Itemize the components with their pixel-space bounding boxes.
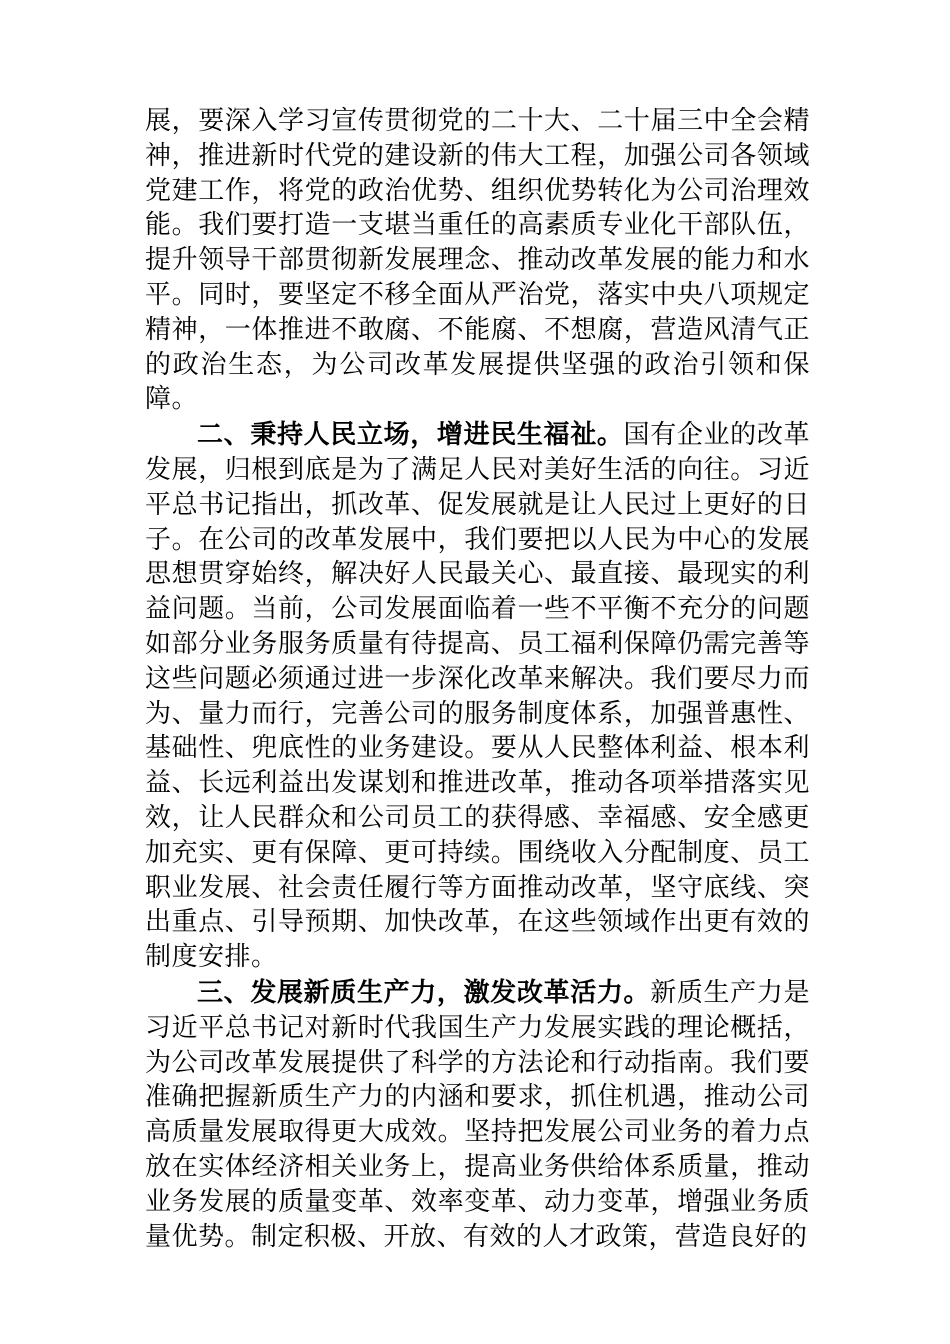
paragraph-text: 展，要深入学习宣传贯彻党的二十大、二十届三中全会精神，推进新时代党的建设新的伟大… [145, 106, 810, 413]
paragraph-section-3: 三、发展新质生产力，激发改革活力。新质生产力是习近平总书记对新时代我国生产力发展… [145, 975, 810, 1254]
paragraph-section-2: 二、秉持人民立场，增进民生福祉。国有企业的改革发展，归根到底是为了满足人民对美好… [145, 417, 810, 975]
section-heading-2: 二、秉持人民立场，增进民生福祉。 [197, 419, 624, 449]
paragraph-text: 国有企业的改革发展，归根到底是为了满足人民对美好生活的向往。习近平总书记指出，抓… [145, 420, 810, 971]
document-body: 展，要深入学习宣传贯彻党的二十大、二十届三中全会精神，推进新时代党的建设新的伟大… [145, 104, 810, 1254]
section-heading-3: 三、发展新质生产力，激发改革活力。 [197, 977, 650, 1007]
document-page: 展，要深入学习宣传贯彻党的二十大、二十届三中全会精神，推进新时代党的建设新的伟大… [0, 0, 950, 1344]
paragraph-text: 新质生产力是习近平总书记对新时代我国生产力发展实践的理论概括，为公司改革发展提供… [145, 978, 810, 1251]
paragraph-continuation: 展，要深入学习宣传贯彻党的二十大、二十届三中全会精神，推进新时代党的建设新的伟大… [145, 104, 810, 417]
